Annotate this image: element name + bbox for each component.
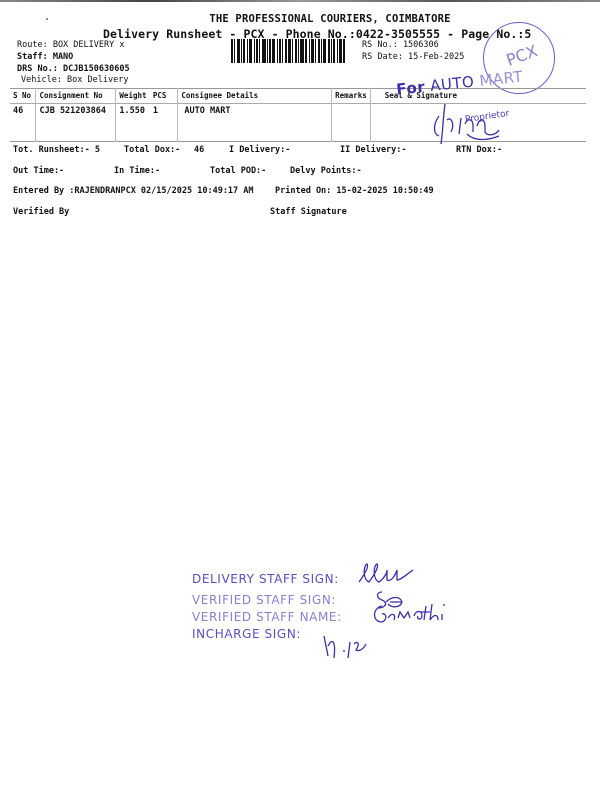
verified-staff-name-handwritten bbox=[370, 600, 460, 630]
tot-runsheet: Tot. Runsheet:- 5 bbox=[13, 145, 100, 155]
total-dox-value: 46 bbox=[194, 145, 204, 155]
verified-staff-sign-label: VERIFIED STAFF SIGN: bbox=[192, 593, 336, 607]
col-header-consignee-details: Consignee Details bbox=[178, 89, 332, 104]
cell-s-no: 46 bbox=[10, 104, 36, 142]
rtn-dox: RTN Dox:- bbox=[456, 145, 502, 155]
drs-no-label: DRS No.: DCJB150630605 bbox=[17, 64, 130, 74]
delivery-staff-signature bbox=[355, 560, 435, 590]
ii-delivery: II Delivery:- bbox=[340, 145, 407, 155]
total-dox-label: Total Dox:- bbox=[124, 145, 180, 155]
cell-weight: 1.550 bbox=[116, 104, 150, 142]
out-time: Out Time:- bbox=[13, 166, 64, 176]
verified-by: Verified By bbox=[13, 207, 69, 217]
staff-signature: Staff Signature bbox=[270, 207, 347, 217]
delvy-points: Delvy Points:- bbox=[290, 166, 362, 176]
incharge-signature bbox=[320, 628, 380, 664]
incharge-sign-label: INCHARGE SIGN: bbox=[192, 627, 301, 641]
for-prefix: For bbox=[395, 78, 426, 99]
cell-remarks bbox=[332, 104, 371, 142]
route-label: Route: BOX DELIVERY x bbox=[17, 40, 124, 50]
col-header-s-no: S No bbox=[10, 89, 36, 104]
col-header-consignment-no: Consignment No bbox=[36, 89, 116, 104]
cell-pcs: 1 bbox=[150, 104, 178, 142]
col-header-weight: Weight bbox=[116, 89, 150, 104]
verified-staff-name-label: VERIFIED STAFF NAME: bbox=[192, 610, 342, 624]
delivery-staff-sign-label: DELIVERY STAFF SIGN: bbox=[192, 572, 339, 586]
cell-consignment-no: CJB 521203864 bbox=[36, 104, 116, 142]
barcode bbox=[231, 39, 354, 63]
consignee-signature bbox=[425, 96, 505, 146]
scan-top-edge bbox=[0, 0, 600, 2]
total-pod: Total POD:- bbox=[210, 166, 266, 176]
vehicle-label: Vehicle: Box Delivery bbox=[21, 75, 128, 85]
rs-date-label: RS Date: 15-Feb-2025 bbox=[362, 52, 464, 62]
staff-label: Staff: MANO bbox=[17, 52, 73, 62]
rs-no-label: RS No.: 1506306 bbox=[362, 40, 439, 50]
entered-by: Entered By :RAJENDRANPCX 02/15/2025 10:4… bbox=[13, 186, 254, 196]
cell-consignee: AUTO MART bbox=[178, 104, 332, 142]
in-time: In Time:- bbox=[114, 166, 160, 176]
col-header-pcs: PCS bbox=[150, 89, 178, 104]
i-delivery: I Delivery:- bbox=[229, 145, 290, 155]
printed-on: Printed On: 15-02-2025 10:50:49 bbox=[275, 186, 434, 196]
col-header-remarks: Remarks bbox=[332, 89, 371, 104]
